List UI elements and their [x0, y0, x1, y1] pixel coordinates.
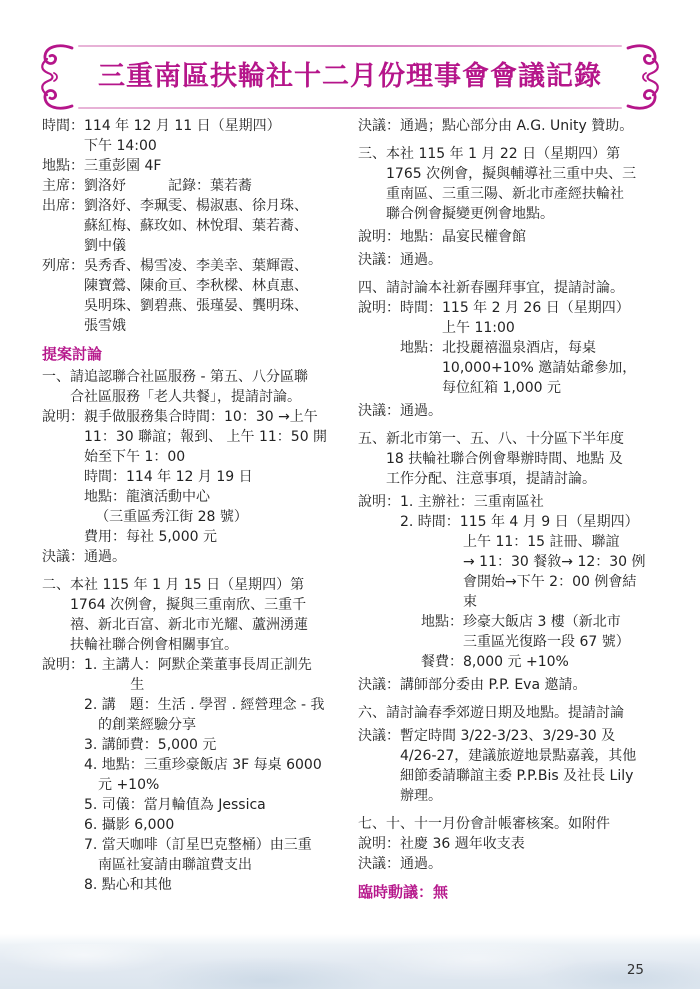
- text-line: 決議：暫定時間 3/22-3/23、3/29-30 及: [358, 726, 680, 746]
- text-line: 說明：1. 主辦社：三重南區社: [358, 492, 680, 512]
- footer-watercolor-band: [0, 944, 700, 989]
- text-line: 3. 講師費：5,000 元: [42, 735, 364, 755]
- text-line: 工作分配、注意事項，提請討論。: [358, 469, 680, 489]
- text-line: 聯合例會擬變更例會地點。: [358, 204, 680, 224]
- text-line: 說明：地點：晶宴民權會館: [358, 227, 680, 247]
- text-line: 說明：時間：115 年 2 月 26 日（星期四）: [358, 298, 680, 318]
- text-line: 出席：劉洛妤、李珮雯、楊淑惠、徐月珠、: [42, 196, 364, 216]
- page-title: 三重南區扶輪社十二月份理事會會議記錄: [78, 60, 622, 94]
- header-rule-bottom: [78, 107, 622, 109]
- text-line: 五、新北市第一、五、八、十分區下半年度: [358, 429, 680, 449]
- text-line: 的創業經驗分享: [42, 715, 364, 735]
- text-line: 11：30 聯誼；報到、 上午 11：50 開: [42, 427, 364, 447]
- text-line: 始至下午 1：00: [42, 447, 364, 467]
- section-heading: 提案討論: [42, 344, 364, 364]
- text-line: 18 扶輪社聯合例會舉辦時間、地點 及: [358, 449, 680, 469]
- text-line: 禧、新北百富、新北市光耀、蘆洲湧蓮: [42, 615, 364, 635]
- text-line: 4/26-27，建議旅遊地景點嘉義，其他: [358, 746, 680, 766]
- text-line: 重南區、三重三陽、新北市產經扶輪社: [358, 184, 680, 204]
- text-line: 七、十、十一月份會計帳審核案。如附件: [358, 814, 680, 834]
- text-line: 說明：社慶 36 週年收支表: [358, 834, 680, 854]
- text-line: 餐費：8,000 元 +10%: [358, 652, 680, 672]
- text-line: 5. 司儀：當月輪值為 Jessica: [42, 795, 364, 815]
- text-line: 決議：通過。: [42, 547, 364, 567]
- text-line: 時間：114 年 12 月 11 日（星期四）: [42, 116, 364, 136]
- text-line: 南區社宴請由聯誼費支出: [42, 855, 364, 875]
- page-number: 25: [627, 962, 644, 978]
- text-line: 地點：北投麗禧溫泉酒店，每桌: [358, 338, 680, 358]
- text-line: 7. 當天咖啡（訂星巴克整桶）由三重: [42, 835, 364, 855]
- flourish-left-icon: [34, 43, 74, 111]
- text-line: 時間：114 年 12 月 19 日: [42, 467, 364, 487]
- text-line: 6. 攝影 6,000: [42, 815, 364, 835]
- text-line: 1764 次例會，擬與三重南欣、三重千: [42, 595, 364, 615]
- text-line: 決議：通過。: [358, 854, 680, 874]
- text-line: → 11：30 餐敘→ 12：30 例: [358, 552, 680, 572]
- text-line: 說明：親手做服務集合時間：10：30 →上午: [42, 407, 364, 427]
- text-line: 合社區服務「老人共餐」，提請討論。: [42, 387, 364, 407]
- text-line: 三重區光復路一段 67 號）: [358, 632, 680, 652]
- text-line: 下午 14:00: [42, 136, 364, 156]
- text-line: 六、請討論春季郊遊日期及地點。提請討論: [358, 703, 680, 723]
- text-line: 二、本社 115 年 1 月 15 日（星期四）第: [42, 575, 364, 595]
- text-line: 上午 11：15 註冊、聯誼: [358, 532, 680, 552]
- text-line: 每位紅箱 1,000 元: [358, 378, 680, 398]
- text-line: 劉中儀: [42, 236, 364, 256]
- text-line: 說明：1. 主講人：阿默企業董事長周正訓先: [42, 655, 364, 675]
- right-column: 決議：通過；點心部分由 A.G. Unity 贊助。三、本社 115 年 1 月…: [358, 116, 680, 902]
- text-line: 吳明珠、劉碧燕、張瑾晏、龔明珠、: [42, 296, 364, 316]
- text-line: 四、請討論本社新春團拜事宜，提請討論。: [358, 278, 680, 298]
- text-line: 束: [358, 592, 680, 612]
- header-rule-top: [78, 45, 622, 47]
- section-heading: 臨時動議：無: [358, 882, 680, 902]
- text-line: 扶輪社聯合例會相關事宜。: [42, 635, 364, 655]
- text-line: 1765 次例會，擬與輔導社三重中央、三: [358, 164, 680, 184]
- text-line: 三、本社 115 年 1 月 22 日（星期四）第: [358, 144, 680, 164]
- left-column: 時間：114 年 12 月 11 日（星期四）下午 14:00地點：三重彭園 4…: [42, 116, 364, 895]
- flourish-right-icon: [626, 43, 666, 111]
- text-line: 元 +10%: [42, 775, 364, 795]
- text-line: 陳寶鶯、陳俞亘、李秋樑、林貞惠、: [42, 276, 364, 296]
- text-line: 一、請追認聯合社區服務 - 第五、八分區聯: [42, 367, 364, 387]
- text-line: 決議：講師部分委由 P.P. Eva 邀請。: [358, 675, 680, 695]
- text-line: 決議：通過；點心部分由 A.G. Unity 贊助。: [358, 116, 680, 136]
- text-line: 4. 地點：三重珍豪飯店 3F 每桌 6000: [42, 755, 364, 775]
- text-line: 8. 點心和其他: [42, 875, 364, 895]
- text-line: 決議：通過。: [358, 401, 680, 421]
- text-line: 決議：通過。: [358, 250, 680, 270]
- text-line: 地點：三重彭園 4F: [42, 156, 364, 176]
- text-line: 2. 講 題：生活 . 學習 . 經營理念 - 我: [42, 695, 364, 715]
- text-line: 辦理。: [358, 786, 680, 806]
- text-line: 2. 時間：115 年 4 月 9 日（星期四）: [358, 512, 680, 532]
- text-line: 生: [42, 675, 364, 695]
- text-line: 地點：珍豪大飯店 3 樓（新北市: [358, 612, 680, 632]
- text-line: 蘇紅梅、蘇玫如、林悅瑁、葉若蕎、: [42, 216, 364, 236]
- text-line: 張雪娥: [42, 316, 364, 336]
- text-line: 地點：龍濱活動中心: [42, 487, 364, 507]
- text-line: 費用：每社 5,000 元: [42, 527, 364, 547]
- text-line: 主席：劉洛妤 記錄：葉若蕎: [42, 176, 364, 196]
- text-line: 10,000+10% 邀請姑爺參加，: [358, 358, 680, 378]
- text-line: 上午 11:00: [358, 318, 680, 338]
- title-band: 三重南區扶輪社十二月份理事會會議記錄: [78, 45, 622, 109]
- text-line: 會開始→下午 2：00 例會結: [358, 572, 680, 592]
- text-line: 列席：吳秀香、楊雪凌、李美幸、葉輝霞、: [42, 256, 364, 276]
- text-line: 細節委請聯誼主委 P.P.Bis 及社長 Lily: [358, 766, 680, 786]
- document-header: 三重南區扶輪社十二月份理事會會議記錄: [34, 42, 666, 112]
- text-line: （三重區秀江街 28 號）: [42, 507, 364, 527]
